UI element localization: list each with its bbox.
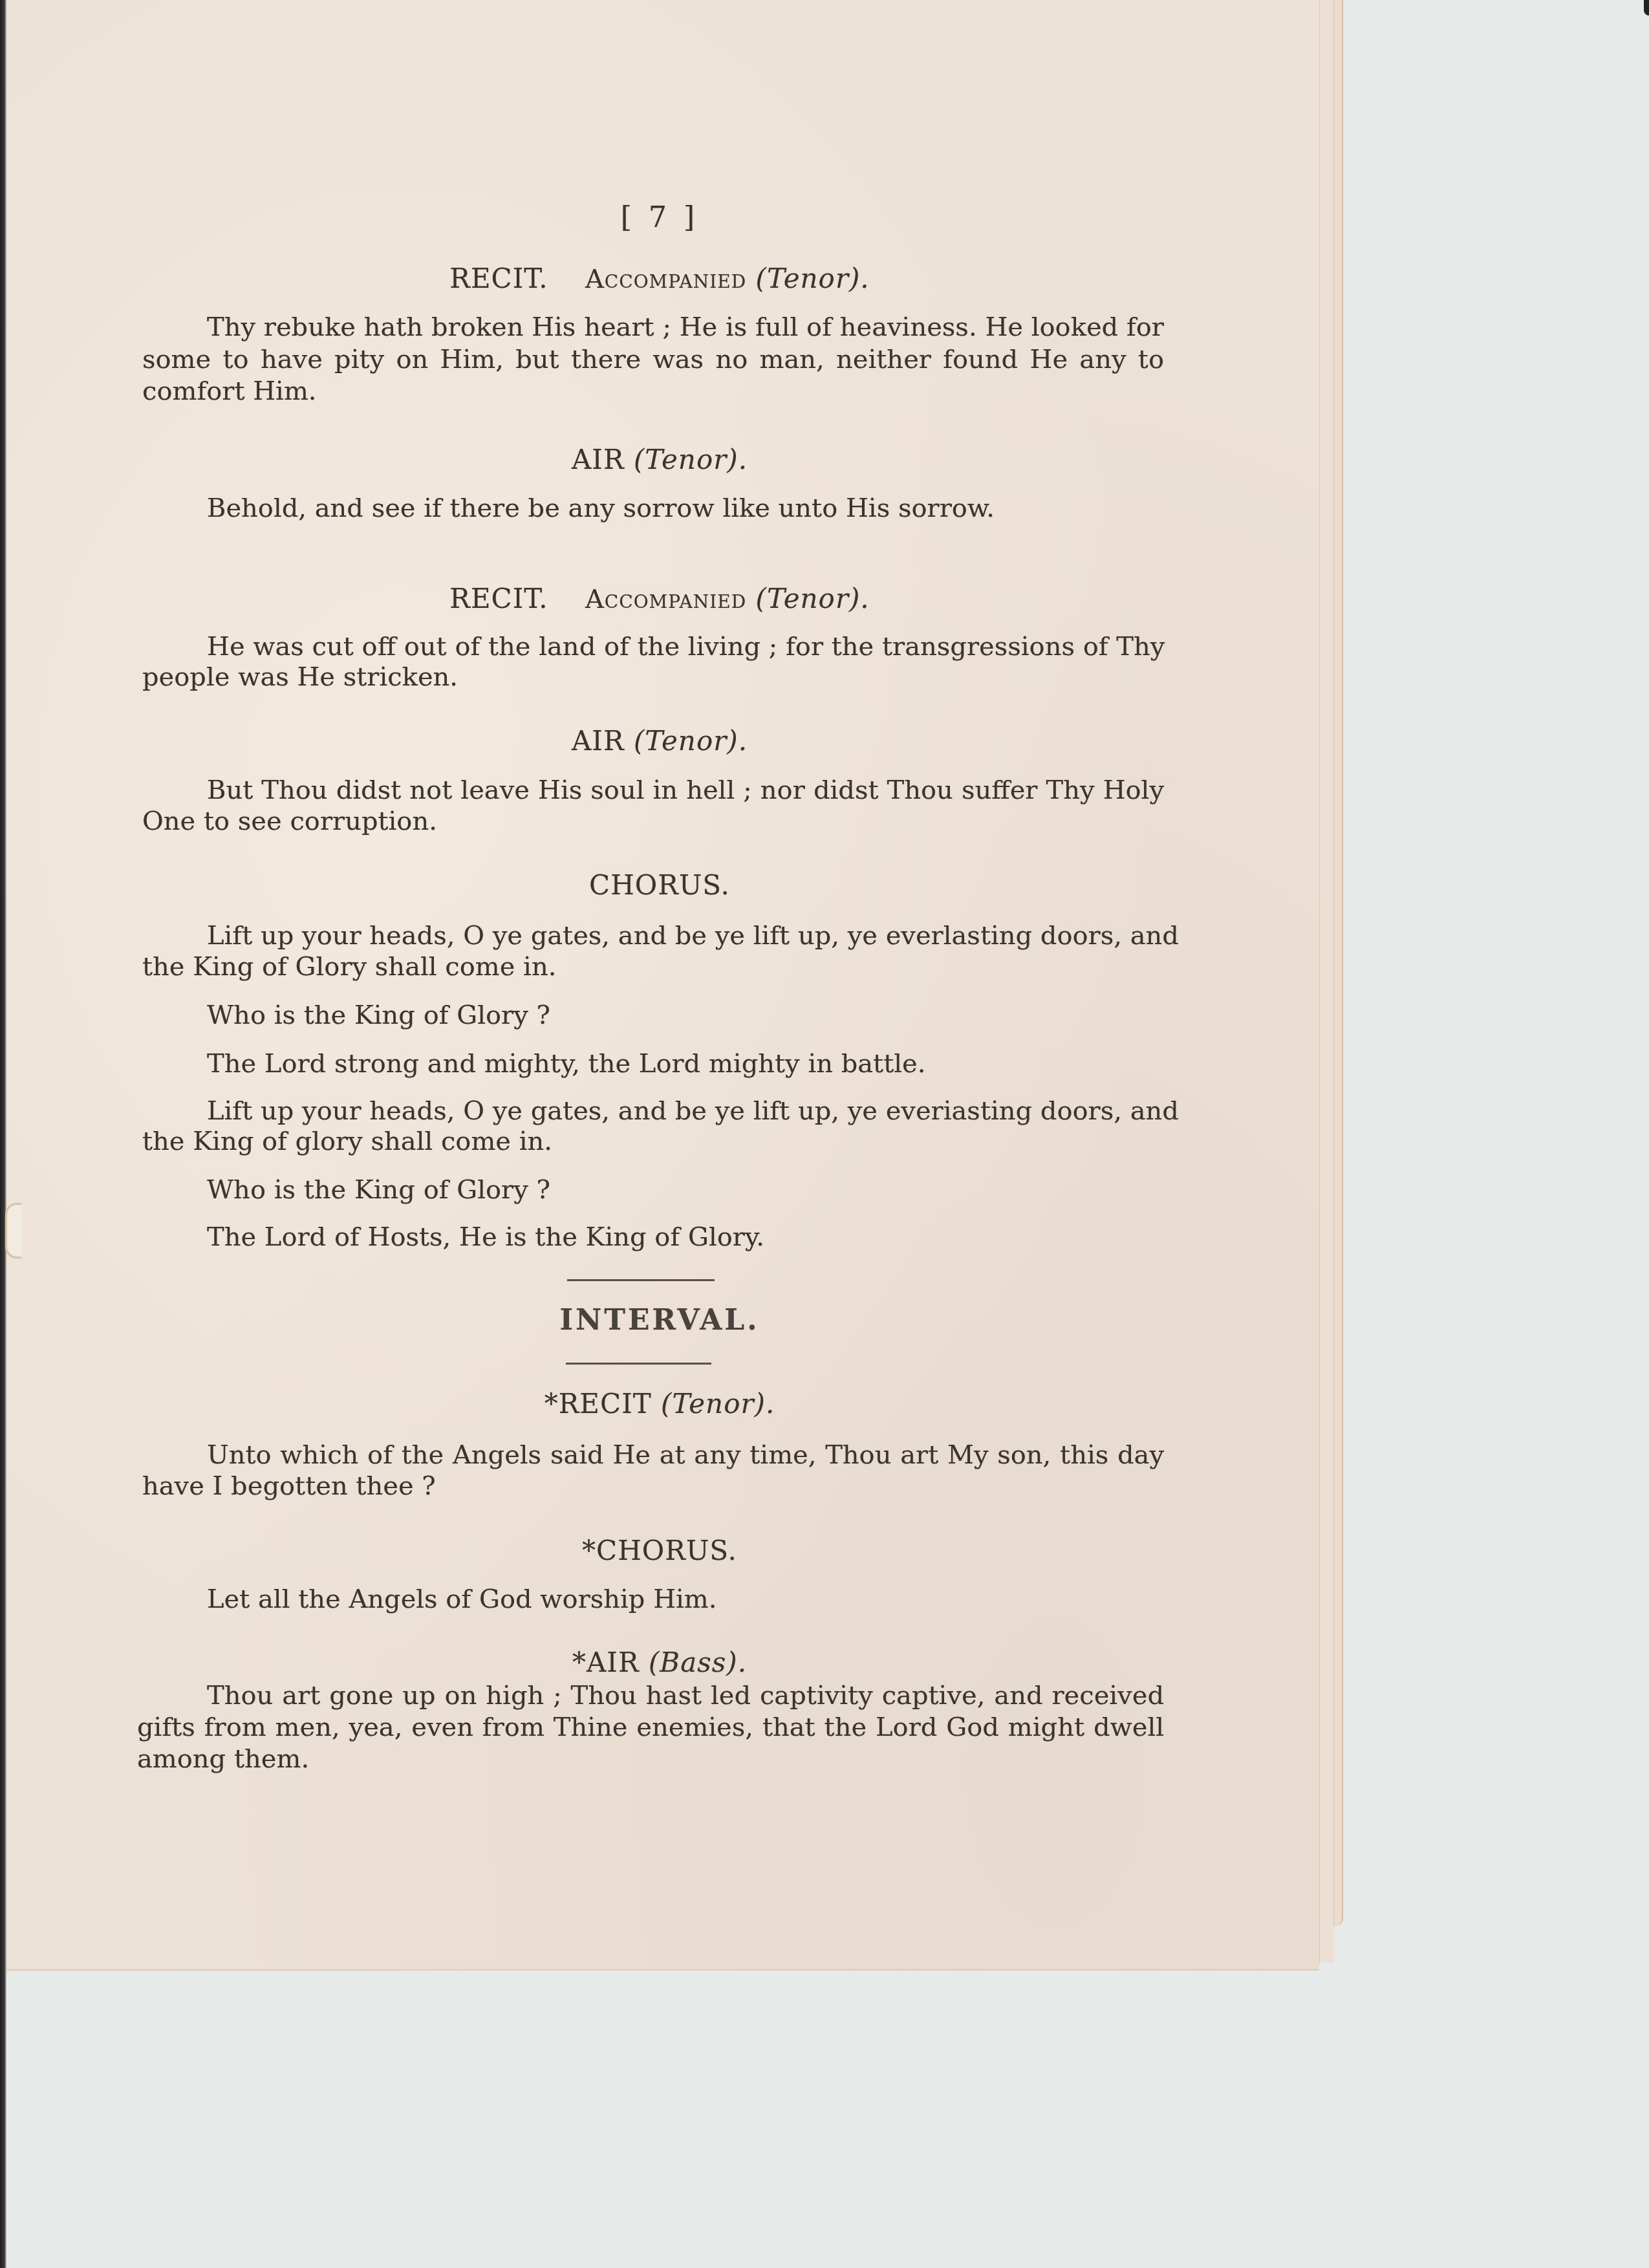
text-line: Lift up your heads, O ye gates, and be y… (207, 1098, 1164, 1124)
text-line: comfort Him. (142, 378, 1164, 404)
scanner-edge-left (0, 0, 6, 2268)
text-line: Let all the Angels of God worship Him. (207, 1586, 1164, 1612)
text-line: The Lord strong and mighty, the Lord mig… (207, 1051, 1164, 1077)
heading-sub: Accompanied (585, 265, 746, 294)
section-heading-air-2: AIR (Tenor). (0, 728, 1319, 755)
text-line: Who is the King of Glory ? (207, 1177, 1164, 1203)
page-number: [ 7 ] (0, 204, 1319, 232)
text-line: the King of glory shall come in. (142, 1129, 1164, 1154)
heading-prefix: CHORUS. (589, 869, 730, 901)
text-line: Thou art gone up on high ; Thou hast led… (207, 1683, 1164, 1709)
text-line: people was He stricken. (142, 664, 1164, 690)
divider-rule-bottom (566, 1363, 711, 1365)
text-line: among them. (137, 1746, 1159, 1772)
page-edge-underlying-1 (1319, 0, 1334, 1963)
heading-voice: (Tenor). (756, 263, 870, 294)
text-line: gifts from men, yea, even from Thine ene… (137, 1714, 1164, 1740)
text-line: Thy rebuke hath broken His heart ; He is… (207, 314, 1164, 340)
section-heading-recit-2: RECIT. Accompanied (Tenor). (0, 585, 1319, 612)
heading-prefix: AIR (572, 725, 625, 757)
page-edge-underlying-2 (1333, 0, 1343, 1926)
heading-voice: (Bass). (649, 1647, 747, 1678)
text-line: He was cut off out of the land of the li… (207, 634, 1164, 660)
section-heading-chorus-1: CHORUS. (0, 872, 1319, 899)
section-heading-recit-3: *RECIT (Tenor). (0, 1390, 1319, 1418)
section-heading-recit-1: RECIT. Accompanied (Tenor). (0, 265, 1319, 292)
heading-prefix: *AIR (572, 1647, 640, 1678)
heading-voice: (Tenor). (634, 725, 748, 757)
text-line: But Thou didst not leave His soul in hel… (207, 777, 1164, 803)
text-line: The Lord of Hosts, He is the King of Glo… (207, 1224, 1164, 1250)
page-crease (5, 1203, 21, 1258)
text-line: Unto which of the Angels said He at any … (207, 1442, 1164, 1468)
section-heading-chorus-2: *CHORUS. (0, 1537, 1319, 1564)
text-line: some to have pity on Him, but there was … (142, 347, 1164, 373)
interval-heading: INTERVAL. (0, 1306, 1319, 1335)
text-line: Behold, and see if there be any sorrow l… (207, 495, 1164, 521)
text-line: One to see corruption. (142, 808, 1164, 834)
text-line: Who is the King of Glory ? (207, 1002, 1164, 1028)
text-line: have I begotten thee ? (142, 1473, 1164, 1499)
text-line: the King of Glory shall come in. (142, 954, 1164, 980)
heading-sub: Accompanied (585, 585, 746, 614)
section-heading-air-1: AIR (Tenor). (0, 446, 1319, 473)
text-line: Lift up your heads, O ye gates, and be y… (207, 923, 1164, 949)
heading-prefix: RECIT. (449, 263, 548, 294)
section-heading-air-3: *AIR (Bass). (0, 1649, 1319, 1676)
heading-prefix: AIR (572, 444, 625, 475)
heading-voice: (Tenor). (756, 583, 870, 614)
scanner-corner (1644, 0, 1649, 16)
heading-voice: (Tenor). (661, 1388, 775, 1420)
heading-prefix: *CHORUS. (582, 1535, 737, 1566)
divider-rule-top (567, 1279, 715, 1281)
heading-prefix: *RECIT (544, 1388, 652, 1420)
heading-prefix: RECIT. (449, 583, 548, 614)
heading-voice: (Tenor). (634, 444, 748, 475)
